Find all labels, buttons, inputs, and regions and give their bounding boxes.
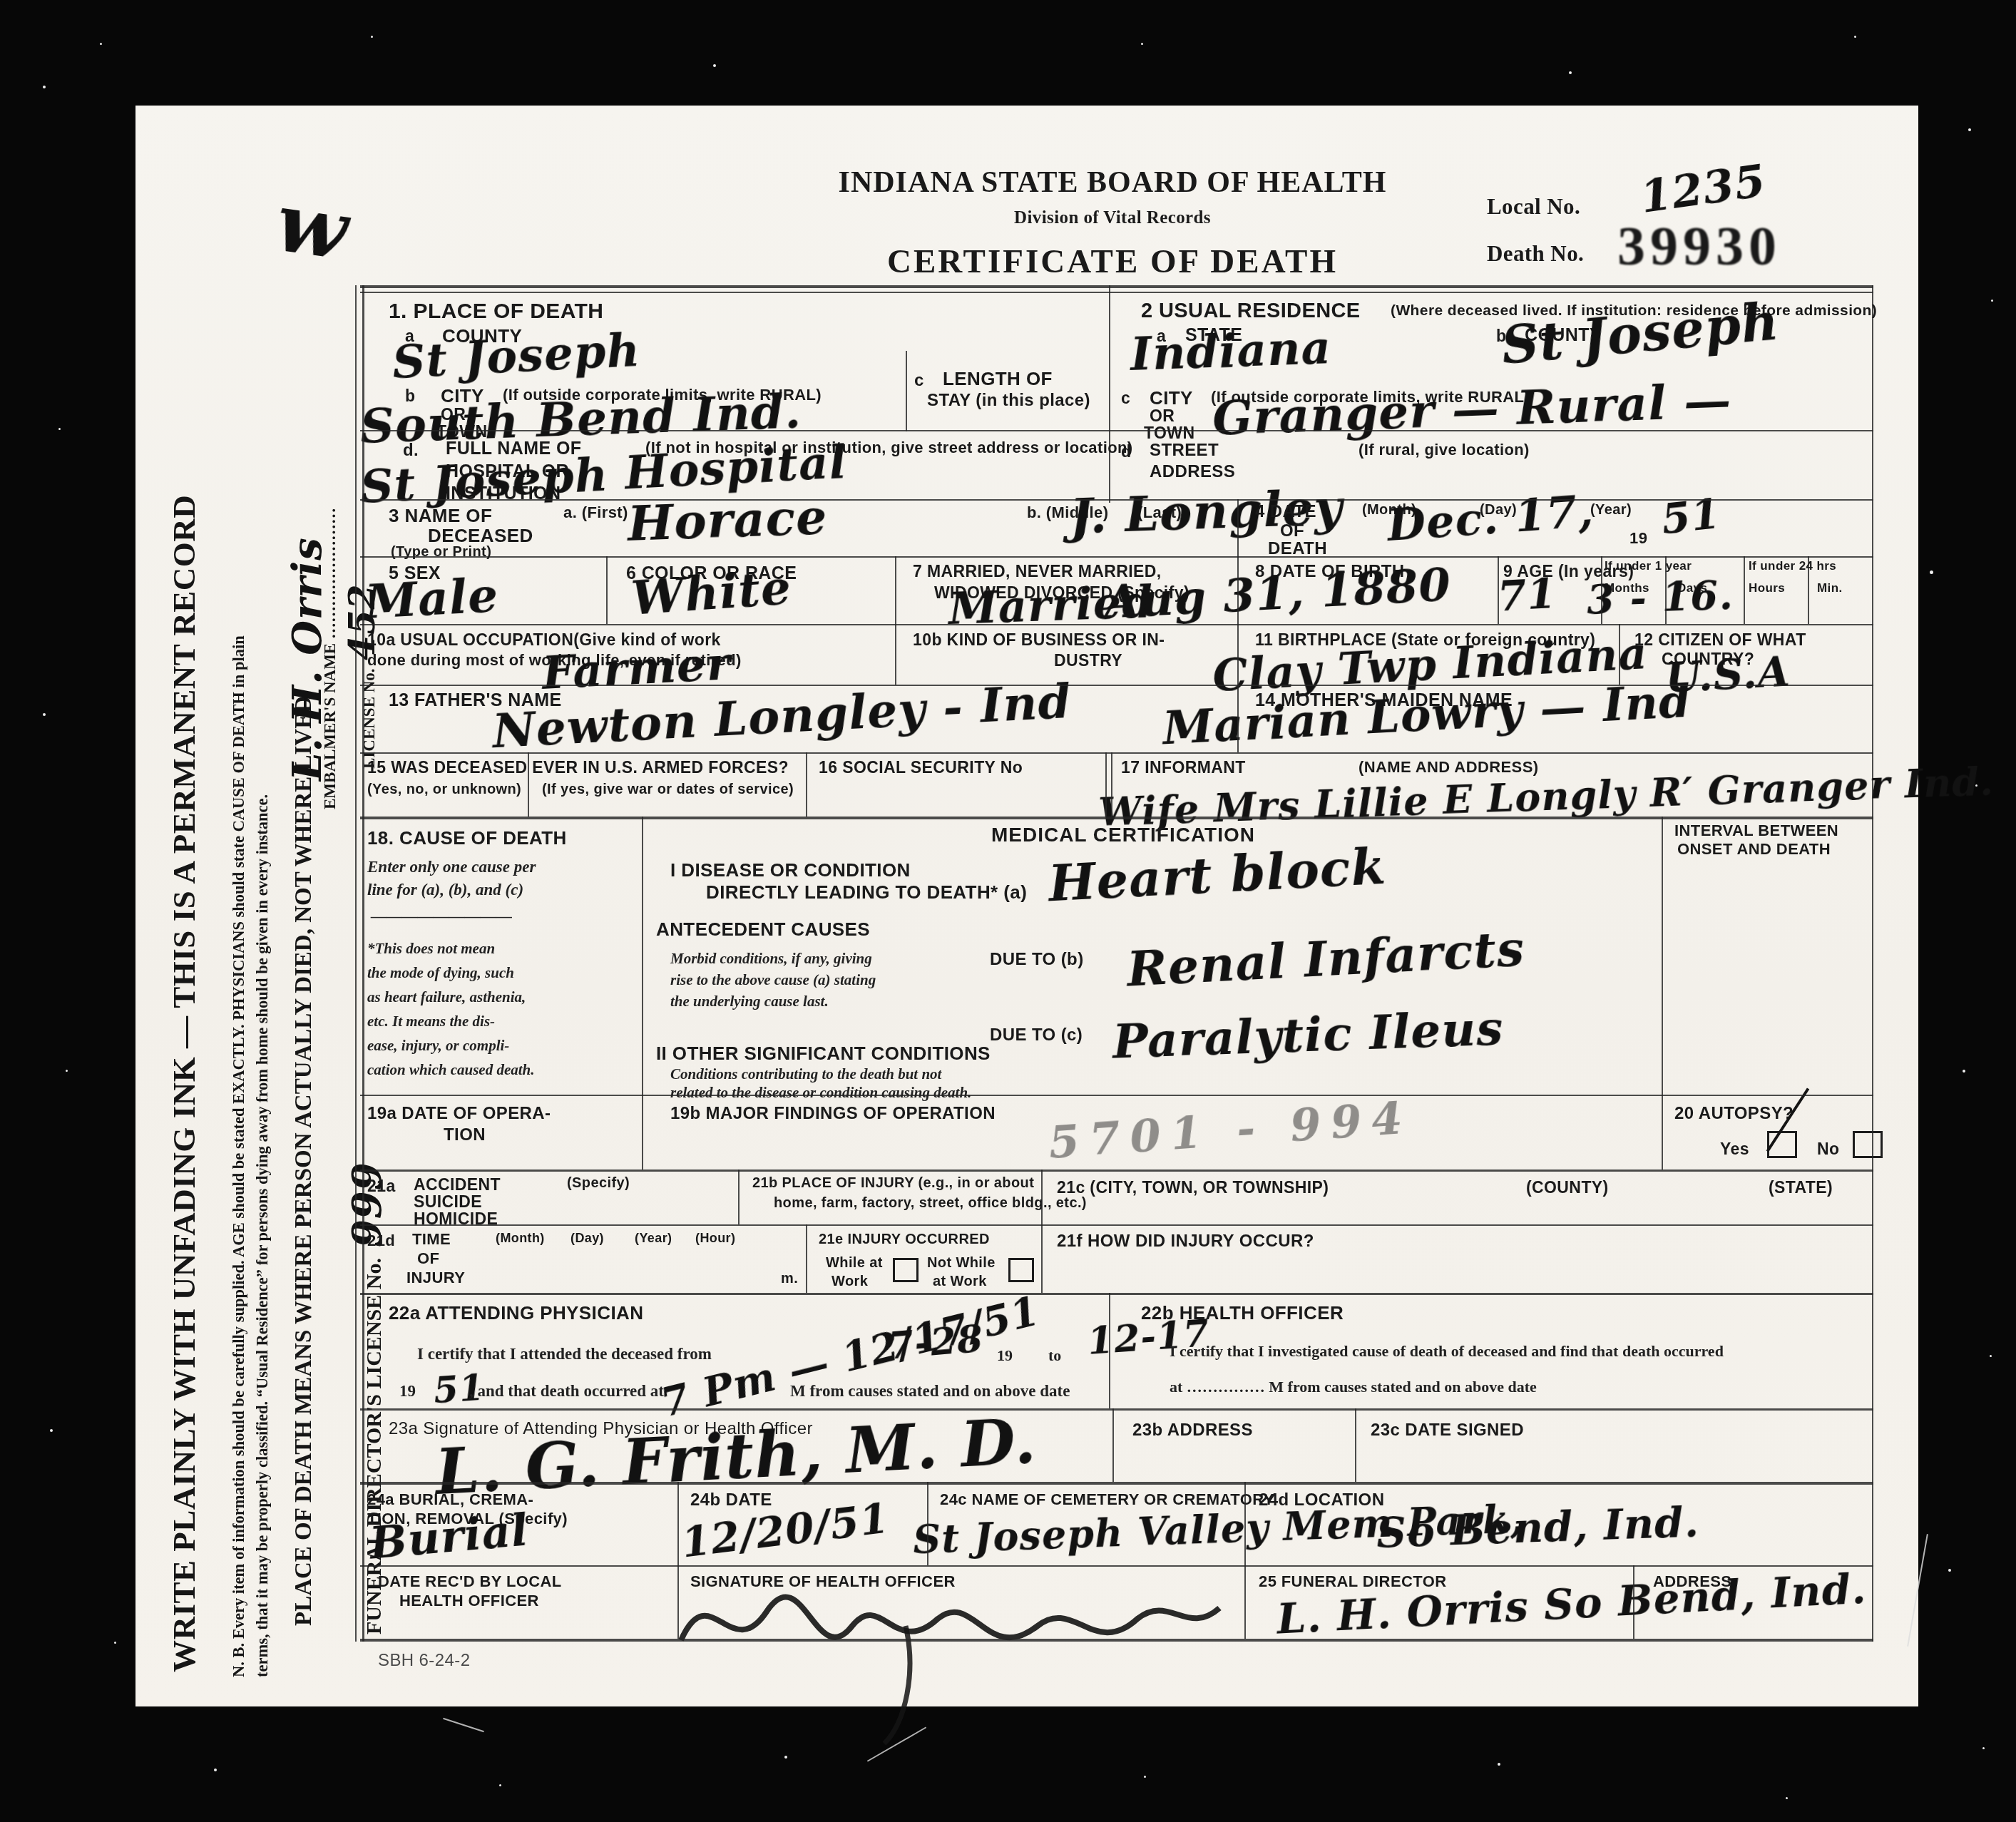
rule-line [360, 624, 1873, 625]
s12-l1: 12 CITIZEN OF WHAT [1634, 630, 1806, 650]
s22a-to: to [1048, 1346, 1061, 1365]
s3-first-value: Horace [627, 488, 829, 553]
rule-line [1237, 556, 1239, 624]
s4-19: 19 [1629, 529, 1647, 548]
rule-line [1111, 752, 1112, 817]
s2-street2: ADDRESS [1150, 462, 1235, 482]
s20-yes-label: Yes [1720, 1140, 1749, 1159]
s1-length2: STAY (in this place) [927, 391, 1090, 411]
s2-town: TOWN [1144, 424, 1194, 443]
scan-scratch [867, 1726, 926, 1761]
scan-speckle [100, 43, 102, 45]
scan-speckle [1498, 1763, 1500, 1766]
s2-d: d [1121, 442, 1131, 461]
s18-note-2: as heart failure, asthenia, [367, 988, 526, 1006]
rule-line [1244, 1482, 1246, 1639]
s18-divider: ————————— [371, 907, 512, 926]
s18-note-1: the mode of dying, such [367, 964, 514, 982]
scan-speckle [1948, 1569, 1951, 1572]
s20-label: 20 AUTOPSY? [1674, 1104, 1794, 1124]
injury-not-at-work-checkbox [1008, 1258, 1034, 1282]
scan-speckle [1991, 300, 1993, 302]
scan-speckle [114, 1642, 116, 1644]
margin-nb-line1: N. B. Every item of information should b… [227, 198, 250, 1677]
death-no-label: Death No. [1487, 241, 1584, 267]
s22b-cert1: I certify that I investigated cause of d… [1170, 1342, 1724, 1361]
s18-instr1: Enter only one cause per [367, 858, 536, 876]
scan-speckle [1854, 36, 1856, 38]
s2-street1: STREET [1150, 441, 1219, 461]
s21e-label: 21e INJURY OCCURRED [819, 1232, 990, 1248]
rule-line [360, 556, 1873, 558]
rule-line [1665, 556, 1667, 624]
s21d-n: 21d [367, 1232, 395, 1250]
scan-speckle [1982, 1747, 1985, 1749]
s10b-l2: DUSTRY [1054, 651, 1122, 670]
rule-line [927, 1482, 928, 1565]
s10b-l1: 10b KIND OF BUSINESS OR IN- [913, 630, 1165, 650]
s18-morbid3: the underlying cause last. [670, 993, 829, 1010]
s1-c: c [914, 371, 924, 391]
s15-paren2: (If yes, give war or dates of service) [542, 782, 794, 798]
s22b-cert2: at …………… M from causes stated and on abo… [1170, 1378, 1537, 1396]
s6-value: White [630, 559, 794, 625]
s22a-19a: 19 [997, 1346, 1013, 1365]
s21a-l1: ACCIDENT [414, 1175, 501, 1194]
s24d-label: 24d LOCATION [1259, 1490, 1384, 1510]
division-subtitle: Division of Vital Records [806, 208, 1419, 228]
rule-line [806, 752, 807, 817]
margin-nb-line2: terms, that it may be properly classifie… [250, 198, 274, 1677]
s4-l2: OF [1280, 521, 1304, 541]
scan-speckle [214, 1769, 217, 1771]
s9-u1: If under 1 year [1605, 559, 1692, 573]
rule-line [677, 1565, 679, 1639]
rule-line [738, 1170, 740, 1224]
s22a-cert2: , and that death occurred at [469, 1382, 664, 1401]
rule-line [906, 351, 907, 431]
rule-line [642, 817, 643, 1170]
s18-medical-certification: MEDICAL CERTIFICATION [991, 824, 1255, 846]
s21c-city: 21c (CITY, TOWN, OR TOWNSHIP) [1057, 1178, 1329, 1197]
s21d-month: (Month) [496, 1231, 545, 1246]
scan-speckle [371, 36, 373, 38]
scan-speckle [1963, 1070, 1965, 1073]
s2-or: OR [1150, 406, 1175, 426]
rule-line [1498, 556, 1499, 624]
s3-first-label: a. (First) [563, 503, 628, 522]
s18-other2: Conditions contributing to the death but… [670, 1065, 941, 1083]
rule-line [1633, 1565, 1634, 1639]
s9-u2: If under 24 hrs [1749, 559, 1836, 573]
s18-instr2: line for (a), (b), and (c) [367, 881, 523, 899]
s18-antecedent: ANTECEDENT CAUSES [656, 918, 870, 941]
scan-speckle [1569, 71, 1572, 74]
s22a-cert1: I certify that I attended the deceased f… [417, 1345, 712, 1363]
rule-line [360, 817, 1873, 819]
s21b-l2: home, farm, factory, street, office bldg… [774, 1195, 1087, 1212]
scan-speckle [784, 1756, 787, 1759]
s9-min: Min. [1817, 581, 1843, 595]
s10a-value: Farmer [541, 637, 732, 700]
s24e-l1: DATE REC'D BY LOCAL [378, 1572, 562, 1591]
s3-l1: 3 NAME OF [389, 505, 492, 527]
s21c-state: (STATE) [1769, 1178, 1833, 1197]
rule-line [1041, 1170, 1043, 1293]
s18-label: 18. CAUSE OF DEATH [367, 827, 567, 849]
s18-other1: II OTHER SIGNIFICANT CONDITIONS [656, 1043, 991, 1065]
scan-speckle [1968, 128, 1971, 131]
rule-line [1619, 624, 1620, 685]
scan-speckle [43, 713, 46, 716]
board-title: INDIANA STATE BOARD OF HEALTH [806, 165, 1419, 200]
rule-line [528, 752, 529, 817]
rule-line [1808, 556, 1809, 624]
rule-line [1237, 624, 1239, 685]
rule-line [1601, 556, 1602, 624]
s2-street-paren: (If rural, give location) [1359, 441, 1530, 459]
scan-speckle [58, 428, 61, 430]
s21a-l2: SUICIDE [414, 1192, 482, 1212]
s21e-w1: While at [826, 1255, 883, 1271]
s21d-l1: TIME [412, 1230, 451, 1249]
rule-line [360, 292, 1873, 293]
s21e-n2: at Work [933, 1274, 987, 1290]
rule-line [895, 624, 896, 685]
s24e-l2: HEALTH OFFICER [399, 1592, 539, 1610]
rule-line [677, 1482, 679, 1565]
margin-write-plainly: WRITE PLAINLY WITH UNFADING INK — THIS I… [165, 221, 203, 1672]
health-officer-signature [670, 1558, 1241, 1701]
rule-line [895, 556, 896, 624]
s21b-l1: 21b PLACE OF INJURY (e.g., in or about [752, 1175, 1034, 1192]
rule-line [360, 1408, 1873, 1411]
rule-line [360, 499, 1873, 501]
rule-line [1744, 556, 1745, 624]
rule-line [1872, 285, 1873, 1642]
s21f-label: 21f HOW DID INJURY OCCUR? [1057, 1232, 1314, 1252]
s21e-w2: Work [832, 1274, 868, 1290]
s4-yy: 51 [1659, 489, 1723, 543]
scan-speckle [1930, 570, 1933, 574]
scan-speckle [1786, 1797, 1788, 1799]
scanned-death-certificate: INDIANA STATE BOARD OF HEALTH Division o… [0, 0, 2016, 1822]
rule-line [360, 1293, 1873, 1295]
s1-title: 1. PLACE OF DEATH [389, 300, 603, 324]
injury-at-work-checkbox [893, 1258, 919, 1282]
s21d-hour: (Hour) [695, 1231, 735, 1246]
death-no-value: 39930 [1617, 214, 1781, 278]
rule-line [1237, 499, 1239, 556]
s17-paren: (NAME AND ADDRESS) [1359, 758, 1538, 777]
form-number: SBH 6-24-2 [378, 1651, 470, 1671]
s18-note-5: cation which caused death. [367, 1061, 535, 1079]
stray-ink-mark: w [270, 174, 354, 280]
s20-no-label: No [1817, 1140, 1839, 1159]
certificate-title: CERTIFICATE OF DEATH [806, 242, 1419, 281]
rule-line [806, 1224, 807, 1293]
scan-speckle [1990, 1355, 1992, 1357]
local-no-label: Local No. [1487, 194, 1580, 220]
s24b-label: 24b DATE [690, 1490, 772, 1510]
scan-speckle [1975, 784, 1977, 787]
s22b-label: 22b HEALTH OFFICER [1141, 1302, 1344, 1324]
s4-l1: 4 DATE [1255, 502, 1316, 522]
s2-title: 2 USUAL RESIDENCE [1141, 300, 1361, 323]
s18-disease2: DIRECTLY LEADING TO DEATH* (a) [706, 881, 1027, 904]
s23b-label: 23b ADDRESS [1132, 1421, 1253, 1440]
scan-speckle [1144, 1776, 1146, 1778]
rule-line [1237, 685, 1239, 752]
rule-line [360, 1639, 1873, 1642]
rule-line [1355, 1408, 1356, 1482]
rule-line [360, 1224, 1873, 1226]
s5-value: Male [364, 567, 500, 630]
s21a-paren: (Specify) [567, 1175, 630, 1192]
rule-line [1112, 1408, 1114, 1482]
s15-paren1: (Yes, no, or unknown) [367, 782, 521, 798]
s21d-day: (Day) [570, 1231, 604, 1246]
rule-line [355, 285, 357, 1642]
margin-embalmer-signature: L. H. Orris [284, 382, 331, 781]
s15-label: 15 WAS DECEASED EVER IN U.S. ARMED FORCE… [367, 758, 789, 777]
s22a-label: 22a ATTENDING PHYSICIAN [389, 1302, 643, 1324]
s18-note-0: *This does not mean [367, 940, 495, 958]
rule-line [360, 1170, 1873, 1172]
s19a-l2: TION [444, 1125, 486, 1145]
s2-state-value: Indiana [1130, 321, 1332, 382]
s21c-county: (COUNTY) [1526, 1178, 1609, 1197]
s21d-m: m. [781, 1271, 798, 1287]
s16-label: 16 SOCIAL SECURITY No [819, 758, 1023, 777]
s18-note-4: ease, injury, or compli- [367, 1037, 509, 1055]
rule-line [1662, 817, 1663, 1170]
s21d-l2: OF [417, 1249, 439, 1268]
s21a-n: 21a [367, 1177, 396, 1196]
s18-interval2: ONSET AND DEATH [1677, 840, 1831, 859]
rule-line [360, 430, 1873, 431]
rule-line [362, 285, 364, 1642]
s18-morbid1: Morbid conditions, if any, giving [670, 950, 872, 968]
rule-line [360, 1482, 1873, 1485]
s1-length1: LENGTH OF [943, 368, 1053, 390]
scan-speckle [43, 86, 46, 88]
s19a-l1: 19a DATE OF OPERA- [367, 1104, 551, 1124]
s18-disease1: I DISEASE OR CONDITION [670, 859, 911, 881]
rule-line [360, 685, 1873, 686]
s4-year-label: (Year) [1590, 502, 1632, 518]
scan-scratch [443, 1718, 484, 1732]
scan-speckle [66, 1070, 68, 1072]
autopsy-no-checkbox [1853, 1131, 1883, 1158]
scan-speckle [50, 1429, 53, 1432]
s18-other3: related to the disease or condition caus… [670, 1084, 971, 1102]
rule-line [360, 752, 1873, 754]
s23c-label: 23c DATE SIGNED [1371, 1421, 1524, 1440]
scan-speckle [713, 64, 716, 67]
rule-line [360, 1565, 1873, 1567]
s18-interval1: INTERVAL BETWEEN [1674, 822, 1838, 840]
rule-line [1109, 285, 1110, 503]
s9-years-value: 71 [1496, 569, 1557, 620]
s18-note-3: etc. It means the dis- [367, 1013, 495, 1030]
s9-md-value: 3 - 16. [1586, 571, 1734, 623]
scan-speckle [499, 1784, 501, 1786]
s21d-l3: INJURY [406, 1269, 465, 1287]
rule-line [1105, 752, 1107, 817]
s3-l3: (Type or Print) [391, 544, 491, 561]
scan-speckle [1141, 43, 1143, 45]
s19b-label: 19b MAJOR FINDINGS OF OPERATION [670, 1104, 996, 1124]
s9-hours: Hours [1749, 581, 1785, 595]
s21d-year: (Year) [635, 1231, 672, 1246]
rule-line [606, 556, 608, 624]
margin-nb-note: N. B. Every item of information should b… [227, 198, 274, 1677]
rule-line [1109, 1293, 1110, 1408]
rule-line [360, 285, 1873, 288]
rule-line [360, 1095, 1873, 1096]
s17-label: 17 INFORMANT [1121, 758, 1246, 777]
s18-due-c-label: DUE TO (c) [990, 1025, 1083, 1045]
s18-morbid2: rise to the above cause (a) stating [670, 971, 876, 989]
s21e-n1: Not While [927, 1255, 996, 1271]
s2-c: c [1121, 389, 1130, 408]
s22a-19b: 19 [399, 1382, 416, 1401]
s18-due-b-label: DUE TO (b) [990, 950, 1084, 970]
